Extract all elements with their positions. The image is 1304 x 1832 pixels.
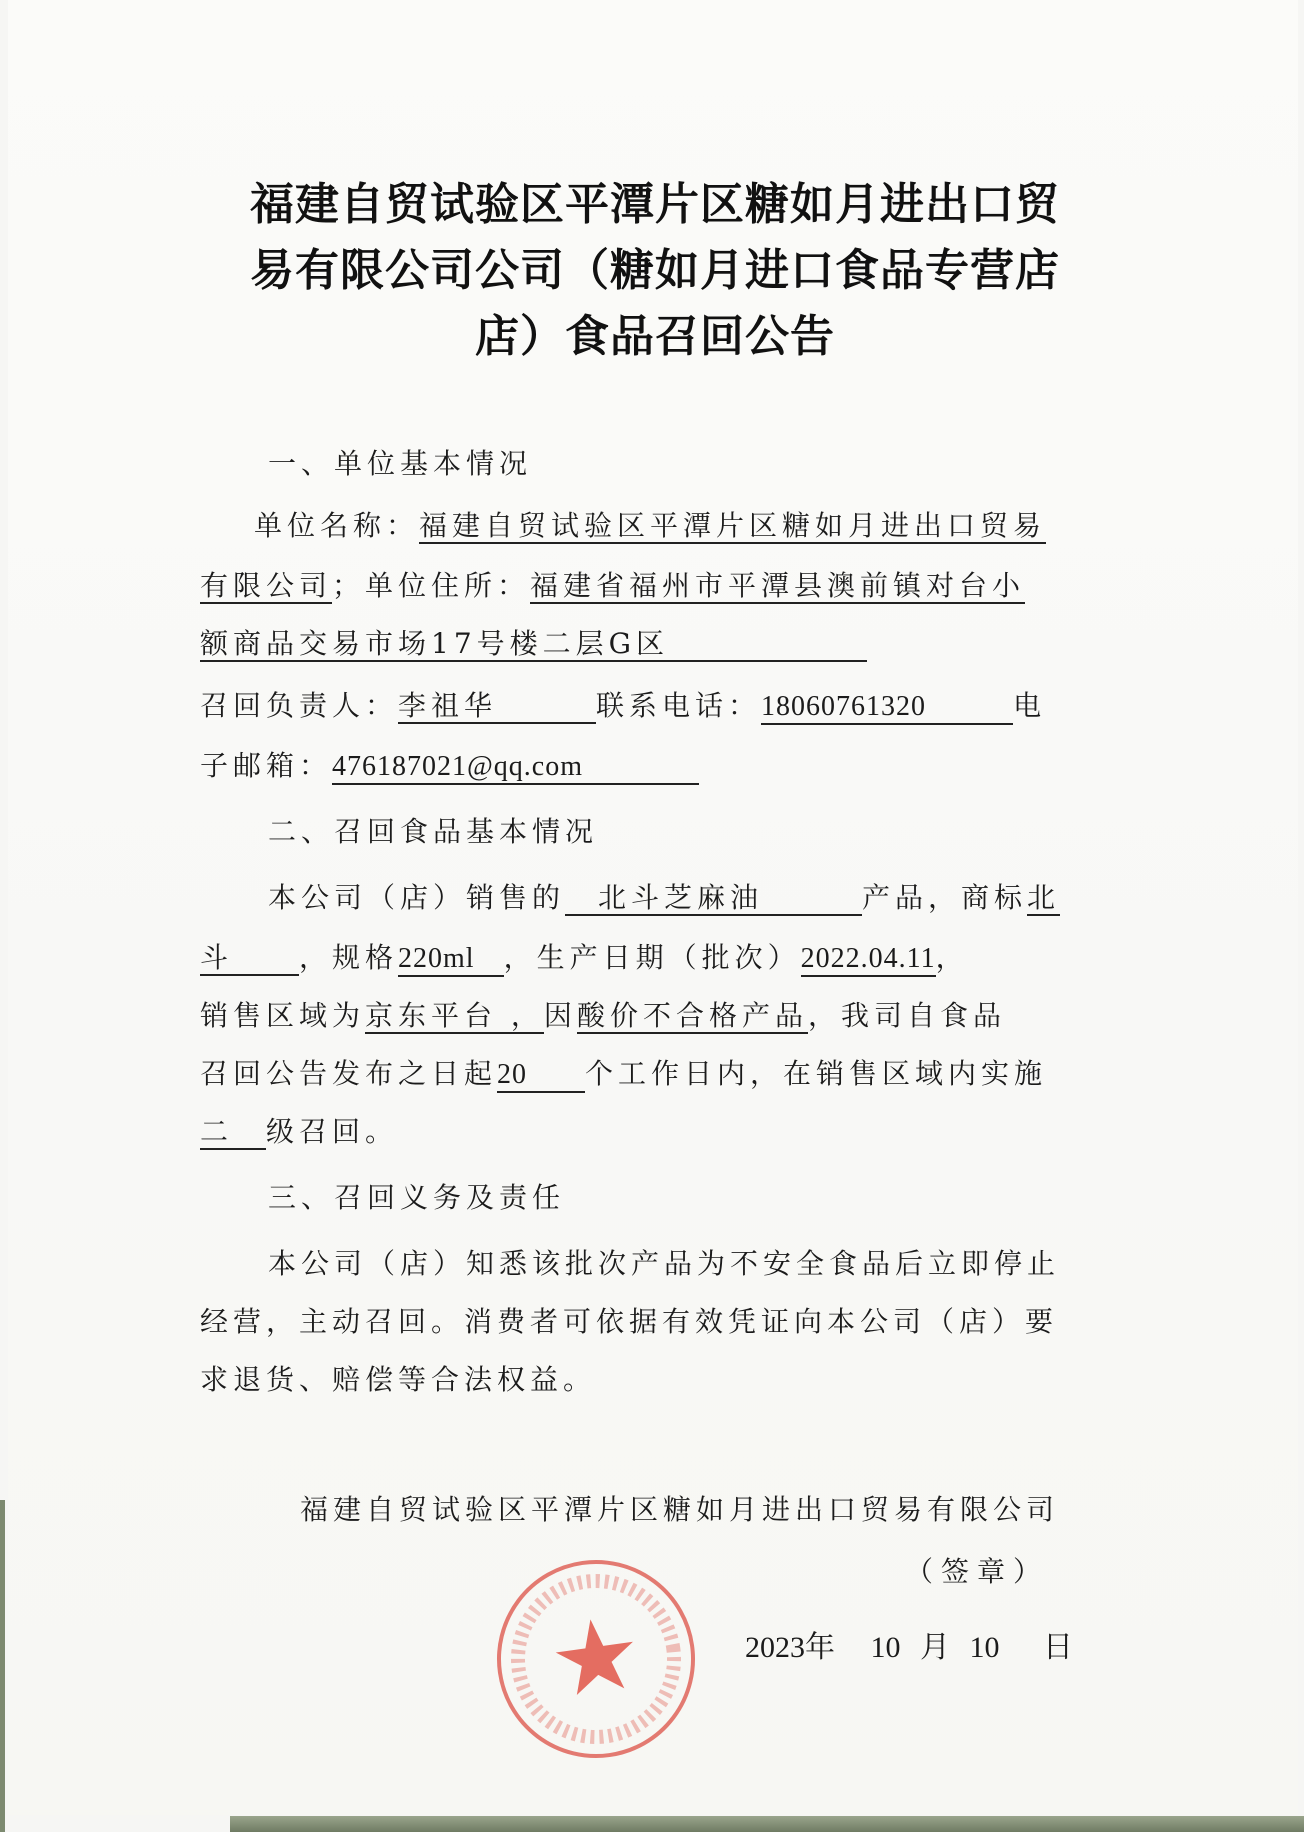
date-year: 2023年 xyxy=(745,1622,835,1666)
date-suffix: ， xyxy=(936,941,969,974)
scan-edge-left xyxy=(0,1500,5,1832)
address-label: ；单位住所： xyxy=(332,569,530,602)
region-label: 销售区域为 xyxy=(200,999,365,1032)
email-value: 476187021@qq.com xyxy=(332,752,699,785)
section3-para-line-1: 本公司（店）知悉该批次产品为不安全食品后立即停止 xyxy=(200,1246,1173,1282)
month-char: 月 xyxy=(920,1622,950,1666)
level-line: 二 级召回。 xyxy=(200,1114,1105,1150)
address-value-2: 额商品交易市场17号楼二层G区 xyxy=(200,629,867,662)
phone-value: 18060761320 xyxy=(761,692,1013,725)
unit-name-value-1: 福建自贸试验区平潭片区糖如月进出口贸易 xyxy=(419,511,1046,544)
unit-name-value-2: 有限公司 xyxy=(200,571,332,604)
region-line: 销售区域为 京东平台 ，因 酸价不合格产品 ，我司自食品 xyxy=(200,998,1105,1034)
title-line-1: 福建自贸试验区平潭片区糖如月进出口贸 xyxy=(215,172,1095,238)
region-value: 京东平台 ， xyxy=(365,1001,544,1034)
email-label-1: 电 xyxy=(1013,689,1046,722)
day-char: 日 xyxy=(1043,1622,1073,1666)
days-value: 20 xyxy=(497,1060,585,1093)
star-icon xyxy=(489,1552,704,1767)
days-line: 召回公告发布之日起 20 个工作日内，在销售区域内实施 xyxy=(200,1056,1105,1093)
reason-suffix: ，我司自食品 xyxy=(808,999,1006,1032)
address-blank xyxy=(669,627,867,660)
title-line-3: 店）食品召回公告 xyxy=(215,304,1095,370)
section3-heading: 三、召回义务及责任 xyxy=(200,1180,1173,1216)
email-label-2: 子邮箱： xyxy=(200,749,332,782)
product-name: 北斗芝麻油 xyxy=(565,883,862,916)
section2-heading: 二、召回食品基本情况 xyxy=(200,814,1173,850)
para-text-1: 本公司（店）知悉该批次产品为不安全食品后立即停止 xyxy=(268,1247,1060,1280)
spec-value: 220ml xyxy=(398,944,504,977)
signature-company: 福建自贸试验区平潭片区糖如月进出口贸易有限公司 xyxy=(300,1488,1059,1528)
section3-para-line-2: 经营，主动召回。消费者可依据有效凭证向本公司（店）要 xyxy=(200,1304,1105,1340)
date-month: 10 xyxy=(871,1631,901,1665)
section1-heading-text: 一、单位基本情况 xyxy=(268,447,532,480)
phone-label: 联系电话： xyxy=(596,689,761,722)
email-line: 子邮箱： 476187021@qq.com xyxy=(200,748,1105,785)
brand-value-2: 斗 xyxy=(200,943,299,976)
responsible-label: 召回负责人： xyxy=(200,689,398,722)
section1-heading: 一、单位基本情况 xyxy=(200,446,1173,482)
sold-prefix: 本公司（店）销售的 xyxy=(268,881,565,914)
days-suffix: 个工作日内，在销售区域内实施 xyxy=(585,1057,1047,1090)
product-line: 本公司（店）销售的 北斗芝麻油 产品，商标 北 xyxy=(200,880,1173,916)
para-text-2: 经营，主动召回。消费者可依据有效凭证向本公司（店）要 xyxy=(200,1305,1058,1338)
recall-level: 二 xyxy=(200,1117,266,1150)
address-line-2: 额商品交易市场17号楼二层G区 xyxy=(200,626,1105,662)
company-seal-stamp xyxy=(484,1547,708,1771)
reason-label: 因 xyxy=(544,999,577,1032)
spec-line: 斗 ，规格 220ml ，生产日期（批次） 2022.04.11 ， xyxy=(200,940,1105,977)
date-day: 10 xyxy=(970,1631,1000,1665)
para-text-3: 求退货、赔偿等合法权益。 xyxy=(200,1363,596,1396)
level-suffix: 级召回。 xyxy=(266,1115,398,1148)
brand-value-1: 北 xyxy=(1027,883,1060,916)
unit-name-line: 单位名称： 福建自贸试验区平潭片区糖如月进出口贸易 xyxy=(200,508,1159,544)
section3-para-line-3: 求退货、赔偿等合法权益。 xyxy=(200,1362,1105,1398)
date-label: ，生产日期（批次） xyxy=(504,941,801,974)
document-title: 福建自贸试验区平潭片区糖如月进出口贸 易有限公司公司（糖如月进口食品专营店 店）… xyxy=(215,172,1095,370)
seal-label: （签章） xyxy=(905,1550,1049,1590)
days-prefix: 召回公告发布之日起 xyxy=(200,1057,497,1090)
address-value-2-text: 额商品交易市场17号楼二层G区 xyxy=(200,627,669,660)
contact-line: 召回负责人： 李祖华 联系电话： 18060761320 电 xyxy=(200,688,1105,725)
spec-label: ，规格 xyxy=(299,941,398,974)
reason-value: 酸价不合格产品 xyxy=(577,1001,808,1034)
scan-edge-bottom xyxy=(230,1816,1304,1832)
unit-address-line: 有限公司 ；单位住所： 福建省福州市平潭县澳前镇对台小 xyxy=(200,568,1105,604)
product-suffix: 产品，商标 xyxy=(862,881,1027,914)
unit-name-label: 单位名称： xyxy=(254,509,419,542)
title-line-2: 易有限公司公司（糖如月进口食品专营店 xyxy=(215,238,1095,304)
production-date: 2022.04.11 xyxy=(801,944,936,977)
address-value-1: 福建省福州市平潭县澳前镇对台小 xyxy=(530,571,1025,604)
responsible-value: 李祖华 xyxy=(398,691,596,724)
section3-heading-text: 三、召回义务及责任 xyxy=(268,1181,565,1214)
section2-heading-text: 二、召回食品基本情况 xyxy=(268,815,598,848)
signature-date: 2023年 10 月 10 日 xyxy=(745,1622,1073,1666)
